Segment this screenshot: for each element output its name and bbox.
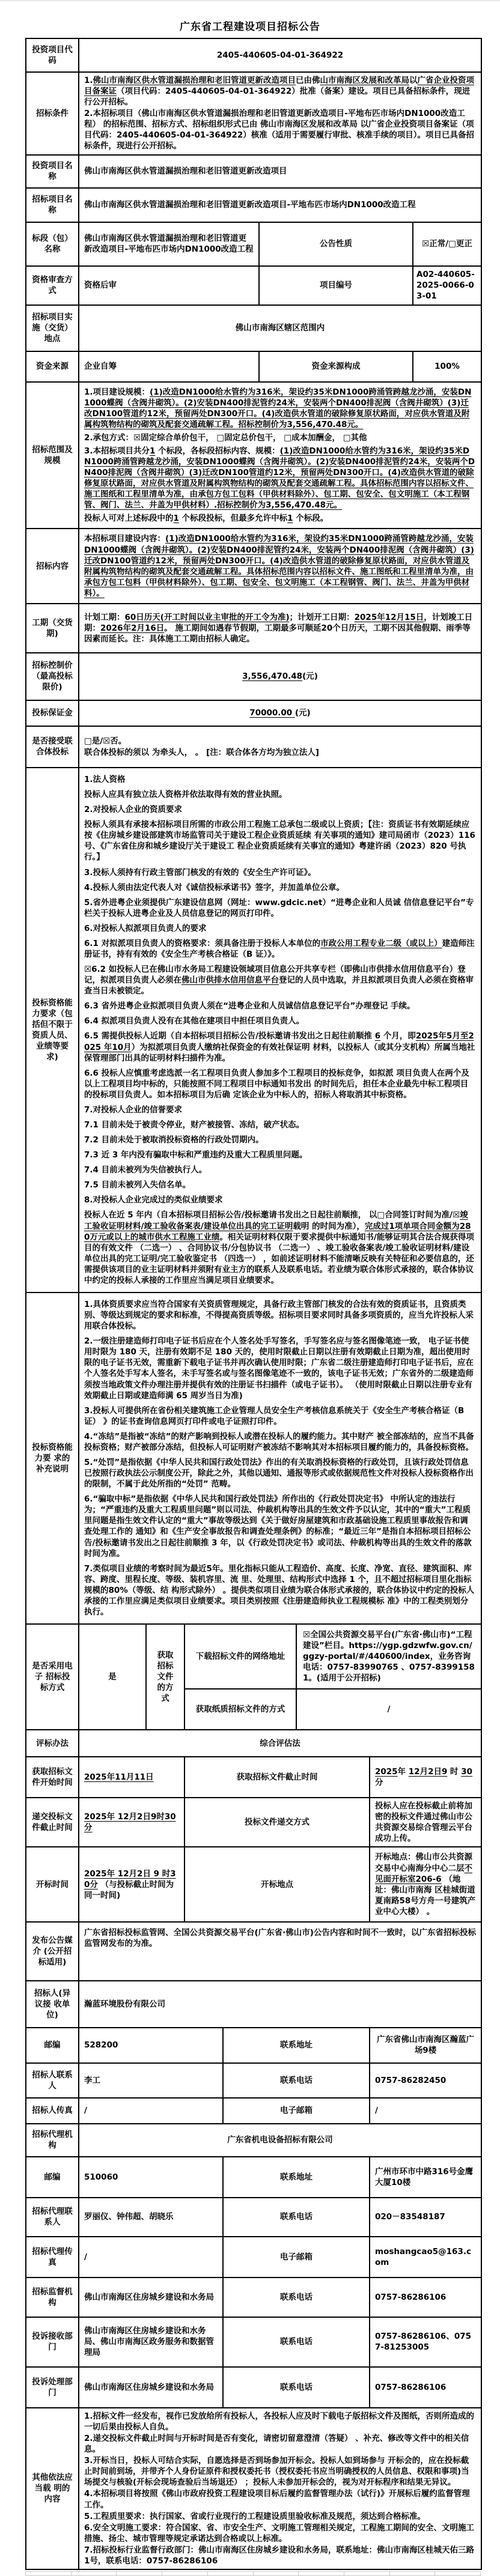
row-scope: 招标范围及规模 1.项目建设规模：(1)改造DN1000给水管约为316米，架设… <box>26 382 481 529</box>
qualification-req-label: 投标资格能力要求（包括但不限于资质人员、业绩等要求) <box>26 768 79 1293</box>
other-value: 1.招标文件一经发布，视作已发放给所有投标人，各投标人应及时下载电子版招标文件及… <box>79 2408 481 2569</box>
submit-deadline-value: 2025年 12月2日9时30分 <box>79 1798 184 1847</box>
row-agency: 招标代理机构 广东省机电设备招标有限公司 <box>26 2124 481 2157</box>
section-name-label: 标段（包）名称 <box>26 222 79 266</box>
media-value: 广东省招标投标监管网、全国公共资源交易平台(广东省·佛山市)公告内容和时间不一致… <box>79 1922 481 1981</box>
tenderer-email-value: / <box>370 2098 481 2124</box>
tenderer-fax-value: / <box>79 2098 223 2124</box>
row-media: 发布公告媒介 (公开招标适用) 广东省招标投标监管网、全国公共资源交易平台(广东… <box>26 1922 481 1981</box>
funding-value: 企业自筹 <box>79 351 259 382</box>
funding-composition-value: 100% <box>413 351 481 382</box>
agency-phone-label: 联系电话 <box>223 2198 370 2237</box>
row-agency-post: 邮编 510060 联系地址 广州市环市中路316号金鹰大厦10楼 <box>26 2157 481 2198</box>
row-location: 招标项目实施（交货）地点 佛山市南海区辖区范围内 <box>26 305 481 351</box>
doc-obtain-method-label: 获取招标文件的方式 <box>146 1624 184 1730</box>
bid-bond-value: 70000.00 (元) <box>79 700 481 726</box>
tender-announcement-table: 投资项目代码 2405-440605-04-01-364922 招标条件 1.佛… <box>25 38 482 2570</box>
project-number-label: 项目编号 <box>259 266 413 305</box>
row-tenderer-post: 邮编 528200 联系地址 广东省佛山市南海区瀚蓝广场9楼 <box>26 2028 481 2063</box>
investment-name-value: 佛山市南海区供水管道漏损治理和老旧管道更新改造项目 <box>79 155 481 188</box>
bid-bond-label: 投标保证金 <box>26 700 79 726</box>
download-url-label: 下载招标文件的网络地址 <box>184 1624 296 1689</box>
tenderer-address-label: 联系地址 <box>223 2028 370 2063</box>
qualification-notes-value: 1.具体资质要求应当符合国家有关资质管理规定，具备行政主管部门核发的合法有效的资… <box>79 1293 481 1624</box>
qualification-notes-label: 投标资格能力要 求的补充说明 <box>26 1293 79 1624</box>
tenderer-post-value: 528200 <box>79 2028 223 2063</box>
row-agency-fax: 招标代理传真 / 电子邮箱 moshangcao5@163.com <box>26 2237 481 2277</box>
row-qualification-method: 资格审查方式 资格后审 项目编号 A02-440605-2025-0066-03… <box>26 266 481 305</box>
electronic-value: 是 <box>79 1624 146 1730</box>
row-funding: 资金来源 企业自筹 资金来源构成 100% <box>26 351 481 382</box>
row-complaint-handle: 投诉处理部门 佛山市南海区住房城乡建设和水务局 联系电话 0757-862861… <box>26 2367 481 2408</box>
row-investment-name: 投资项目名称 佛山市南海区供水管道漏损治理和老旧管道更新改造项目 <box>26 155 481 188</box>
electronic-label: 是否采用电子 招标投标方式 <box>26 1624 79 1730</box>
doc-start-value: 2025年11月11日 <box>79 1757 184 1798</box>
evaluation-label: 评标办法 <box>26 1730 79 1757</box>
opening-time-value: 2025年 12月2日 9 时30分 （与投标截止时间为同一时间) <box>79 1847 184 1921</box>
tenderer-contact-label: 招标人联系人 <box>26 2063 79 2098</box>
submit-method-label: 投标文件递交方式 <box>184 1798 370 1847</box>
doc-start-label: 获取招标文件开始时间 <box>26 1757 79 1798</box>
row-other: 其他依法应当载 明的内容 1.招标文件一经发布，视作已发放给所有投标人，各投标人… <box>26 2408 481 2569</box>
funding-composition-label: 资金来源构成 <box>259 351 413 382</box>
row-tender-name: 招标项目名称 佛山市南海区供水管道漏损治理和老旧管道更新改造项目-平地布匹市场内… <box>26 188 481 222</box>
supervisor-phone-label: 联系电话 <box>223 2277 370 2317</box>
complaint-recv-value: 佛山市南海区住房城乡建设和水务局、佛山市南海区政务服务和数据管理局 <box>79 2317 223 2367</box>
page-title: 广东省工程建设项目招标公告 <box>22 18 478 33</box>
row-opening: 开标时间 2025年 12月2日 9 时30分 （与投标截止时间为同一时间) 开… <box>26 1847 481 1921</box>
paper-doc-value: / <box>296 1689 481 1730</box>
control-price-label: 招标控制价（最高投标限价) <box>26 653 79 700</box>
row-supervisor: 招标监督机构 佛山市南海区住房城乡建设和水务局 联系电话 0757-862861… <box>26 2277 481 2317</box>
tenderer-phone-value: 0757-86282450 <box>370 2063 481 2098</box>
row-electronic-download: 是否采用电子 招标投标方式 是 获取招标文件的方式 下载招标文件的网络地址 ☒全… <box>26 1624 481 1689</box>
agency-fax-label: 招标代理传真 <box>26 2237 79 2277</box>
consortium-value: □是/☒否。联合体投标的须以 为牵头人， 。 [注：联合体各方均为独立法人] <box>79 726 481 768</box>
row-tender-conditions: 招标条件 1.佛山市南海区供水管道漏损治理和老旧管道更新改造项目已由佛山市南海区… <box>26 72 481 155</box>
evaluation-value: 综合评估法 <box>79 1730 481 1757</box>
agency-contact-value: 罗丽仪、钟伟超、胡晓乐 <box>79 2198 223 2237</box>
opening-place-value: 开标地点：佛山市公共资源交易中心南海分中心二层不见面开标室206-6 （地址：佛… <box>370 1847 481 1921</box>
control-price-value: 3,556,470.48(元) <box>79 653 481 700</box>
row-agency-contact: 招标代理联系人 罗丽仪、钟伟超、胡晓乐 联系电话 020－83548187 <box>26 2198 481 2237</box>
content-value: 本招标项目建设内容：(1)改造DN1000给水管约为316米，架设约35米DN1… <box>79 529 481 603</box>
other-label: 其他依法应当载 明的内容 <box>26 2408 79 2569</box>
tenderer-email-label: 电子邮箱 <box>223 2098 370 2124</box>
qualification-method-label: 资格审查方式 <box>26 266 79 305</box>
agency-email-label: 电子邮箱 <box>223 2237 370 2277</box>
complaint-recv-phone-label: 联系电话 <box>223 2317 370 2367</box>
opening-place-label: 开标地点 <box>184 1847 370 1921</box>
row-tenderer-contact: 招标人联系人 李工 联系电话 0757-86282450 <box>26 2063 481 2098</box>
funding-label: 资金来源 <box>26 351 79 382</box>
tenderer-contact-value: 李工 <box>79 2063 223 2098</box>
row-complaint-recv: 投诉接收部门 佛山市南海区住房城乡建设和水务局、佛山市南海区政务服务和数据管理局… <box>26 2317 481 2367</box>
notice-nature-label: 公告性质 <box>259 222 413 266</box>
supervisor-value: 佛山市南海区住房城乡建设和水务局 <box>79 2277 223 2317</box>
row-submit-deadline: 递交投标文件截止时间 2025年 12月2日9时30分 投标文件递交方式 投标人… <box>26 1798 481 1847</box>
doc-deadline-value: 2025年 12月2日9 时 30 分 <box>370 1757 481 1798</box>
agency-email-value: moshangcao5@163.com <box>370 2237 481 2277</box>
paper-doc-label: 获取纸质招标文件的方式 <box>184 1689 296 1730</box>
complaint-recv-phone-value: 0757-86286106、0757-81253005 <box>370 2317 481 2367</box>
investment-code-label: 投资项目代码 <box>26 38 79 72</box>
location-label: 招标项目实施（交货）地点 <box>26 305 79 351</box>
doc-deadline-label: 获取招标文件截止时间 <box>184 1757 370 1798</box>
investment-code-value: 2405-440605-04-01-364922 <box>79 38 481 72</box>
tender-name-label: 招标项目名称 <box>26 188 79 222</box>
tenderer-fax-label: 招标人传真 <box>26 2098 79 2124</box>
tender-conditions-value: 1.佛山市南海区供水管道漏损治理和老旧管道更新改造项目已由佛山市南海区发展和改革… <box>79 72 481 155</box>
duration-value: 计划工期：60日历天(开工时间以业主审批的开工令为准)；计划开工日期：2025年… <box>79 604 481 653</box>
tenderer-value: 瀚蓝环境股份有限公司 <box>79 1981 481 2028</box>
supervisor-label: 招标监督机构 <box>26 2277 79 2317</box>
section-name-value: 佛山市南海区供水管道漏损治理和老旧管道更新改造项目-平地布匹市场内DN1000改… <box>79 222 259 266</box>
scope-label: 招标范围及规模 <box>26 382 79 529</box>
tender-conditions-label: 招标条件 <box>26 72 79 155</box>
supervisor-phone-value: 0757-86286106 <box>370 2277 481 2317</box>
consortium-label: 是否接受联合体投标 <box>26 726 79 768</box>
tenderer-phone-label: 联系电话 <box>223 2063 370 2098</box>
project-number-value: A02-440605-2025-0066-03-01 <box>413 266 481 305</box>
agency-value: 广东省机电设备招标有限公司 <box>79 2124 481 2157</box>
agency-post-label: 邮编 <box>26 2157 79 2198</box>
agency-label: 招标代理机构 <box>26 2124 79 2157</box>
row-evaluation: 评标办法 综合评估法 <box>26 1730 481 1757</box>
agency-post-value: 510060 <box>79 2157 223 2198</box>
agency-fax-value: / <box>79 2237 223 2277</box>
agency-address-label: 联系地址 <box>223 2157 370 2198</box>
row-doc-time: 获取招标文件开始时间 2025年11月11日 获取招标文件截止时间 2025年 … <box>26 1757 481 1798</box>
tenderer-label: 招标人(异议接 收单位) <box>26 1981 79 2028</box>
investment-name-label: 投资项目名称 <box>26 155 79 188</box>
row-bid-bond: 投标保证金 70000.00 (元) <box>26 700 481 726</box>
media-label: 发布公告媒介 (公开招标适用) <box>26 1922 79 1981</box>
content-label: 招标内容 <box>26 529 79 603</box>
agency-phone-value: 020－83548187 <box>370 2198 481 2237</box>
tenderer-address-value: 广东省佛山市南海区瀚蓝广场9楼 <box>370 2028 481 2063</box>
agency-address-value: 广州市环市中路316号金鹰大厦10楼 <box>370 2157 481 2198</box>
row-tenderer-fax: 招标人传真 / 电子邮箱 / <box>26 2098 481 2124</box>
row-consortium: 是否接受联合体投标 □是/☒否。联合体投标的须以 为牵头人， 。 [注：联合体各… <box>26 726 481 768</box>
row-investment-code: 投资项目代码 2405-440605-04-01-364922 <box>26 38 481 72</box>
table-footer-grid <box>25 2571 481 2576</box>
tender-name-value: 佛山市南海区供水管道漏损治理和老旧管道更新改造项目-平地布匹市场内DN1000改… <box>79 188 481 222</box>
row-content: 招标内容 本招标项目建设内容：(1)改造DN1000给水管约为316米，架设约3… <box>26 529 481 603</box>
row-section-name: 标段（包）名称 佛山市南海区供水管道漏损治理和老旧管道更新改造项目-平地布匹市场… <box>26 222 481 266</box>
row-tenderer: 招标人(异议接 收单位) 瀚蓝环境股份有限公司 <box>26 1981 481 2028</box>
tenderer-post-label: 邮编 <box>26 2028 79 2063</box>
qualification-method-value: 资格后审 <box>79 266 259 305</box>
page-top-divider <box>0 0 500 1</box>
complaint-handle-value: 佛山市南海区住房城乡建设和水务局 <box>79 2367 223 2408</box>
notice-nature-value: ☒正常/□更正 <box>413 222 481 266</box>
complaint-recv-label: 投诉接收部门 <box>26 2317 79 2367</box>
complaint-handle-phone-value: 0757-86286106 <box>370 2367 481 2408</box>
complaint-handle-phone-label: 联系电话 <box>223 2367 370 2408</box>
submit-deadline-label: 递交投标文件截止时间 <box>26 1798 79 1847</box>
row-control-price: 招标控制价（最高投标限价) 3,556,470.48(元) <box>26 653 481 700</box>
submit-method-value: 投标人应在投标截止前将加密的投标文件通过佛山市公共资源交易综合管理云平台成功上传… <box>370 1798 481 1847</box>
qualification-req-value: 1.法人资格投标人应具有独立法人资格并依法取得有效的营业执照。2.对投标人企业的… <box>79 768 481 1293</box>
agency-contact-label: 招标代理联系人 <box>26 2198 79 2237</box>
scope-value: 1.项目建设规模：(1)改造DN1000给水管约为316米，架设约35米DN10… <box>79 382 481 529</box>
complaint-handle-label: 投诉处理部门 <box>26 2367 79 2408</box>
location-value: 佛山市南海区辖区范围内 <box>79 305 481 351</box>
duration-label: 工期（交货期) <box>26 604 79 653</box>
download-url-value: ☒全国公共资源交易平台(广东省·佛山市)“工程建设”栏目。https://ygp… <box>296 1624 481 1689</box>
opening-time-label: 开标时间 <box>26 1847 79 1921</box>
row-qualification-req: 投标资格能力要求（包括但不限于资质人员、业绩等要求) 1.法人资格投标人应具有独… <box>26 768 481 1293</box>
row-duration: 工期（交货期) 计划工期：60日历天(开工时间以业主审批的开工令为准)；计划开工… <box>26 604 481 653</box>
row-qualification-notes: 投标资格能力要 求的补充说明 1.具体资质要求应当符合国家有关资质管理规定，具备… <box>26 1293 481 1624</box>
